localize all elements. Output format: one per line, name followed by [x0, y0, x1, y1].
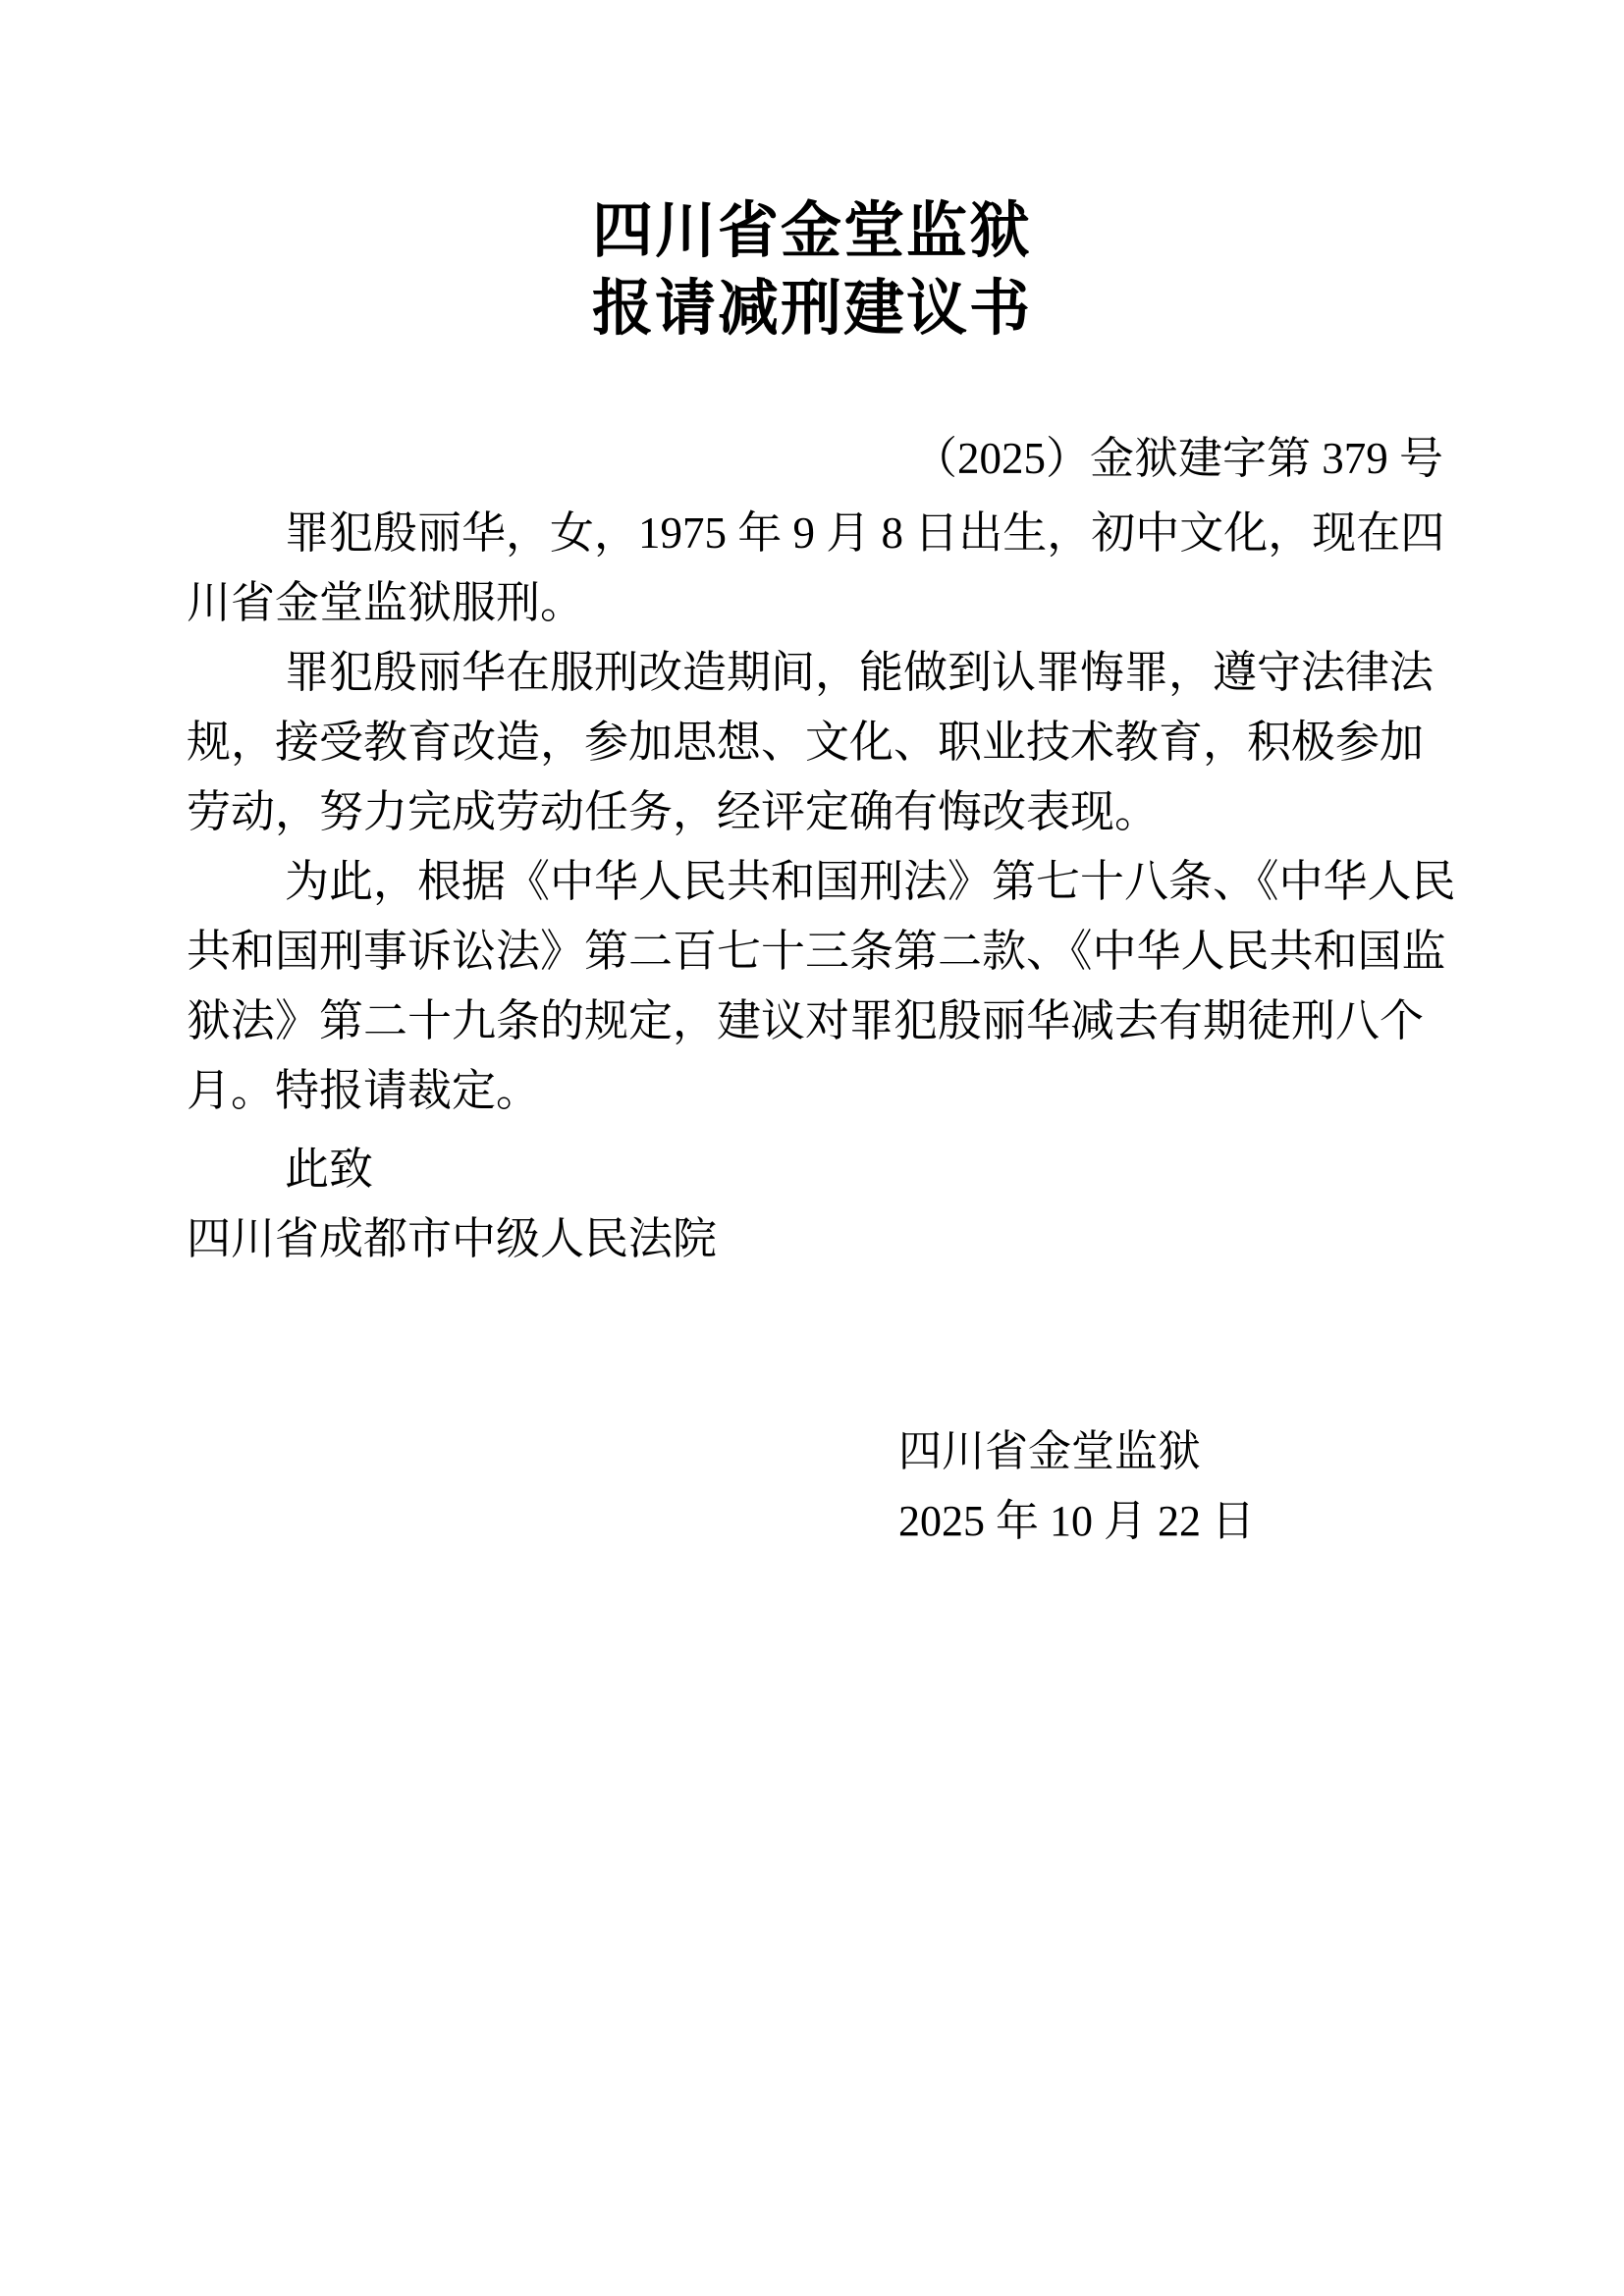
body-line: 川省金堂监狱服刑。 [187, 568, 1453, 638]
body-line: 月。特报请裁定。 [187, 1056, 1453, 1126]
body-line: 为此，根据《中华人民共和国刑法》第七十八条、《中华人民 [187, 847, 1453, 917]
body-line: 劳动，努力完成劳动任务，经评定确有悔改表现。 [187, 777, 1453, 847]
title-line-1: 四川省金堂监狱 [184, 192, 1440, 270]
body-line: 罪犯殷丽华，女，1975 年 9 月 8 日出生，初中文化，现在四 [187, 499, 1453, 568]
closing-block: 此致 四川省成都市中级人民法院 [187, 1135, 1453, 1274]
signature-org: 四川省金堂监狱 [898, 1416, 1255, 1486]
title-line-2: 报请减刑建议书 [184, 270, 1440, 347]
body-line: 罪犯殷丽华在服刑改造期间，能做到认罪悔罪，遵守法律法 [187, 638, 1453, 708]
document-title: 四川省金堂监狱 报请减刑建议书 [184, 192, 1440, 347]
document-body: 罪犯殷丽华，女，1975 年 9 月 8 日出生，初中文化，现在四 川省金堂监狱… [187, 499, 1453, 1126]
document-page: 四川省金堂监狱 报请减刑建议书 （2025）金狱建字第 379 号 罪犯殷丽华，… [0, 0, 1624, 2296]
body-line: 狱法》第二十九条的规定，建议对罪犯殷丽华减去有期徒刑八个 [187, 987, 1453, 1056]
signature-block: 四川省金堂监狱 2025 年 10 月 22 日 [898, 1416, 1255, 1556]
body-line: 共和国刑事诉讼法》第二百七十三条第二款、《中华人民共和国监 [187, 917, 1453, 987]
signature-date: 2025 年 10 月 22 日 [898, 1486, 1255, 1556]
document-number: （2025）金狱建字第 379 号 [913, 429, 1443, 488]
salutation: 此致 [187, 1135, 1453, 1204]
body-line: 规，接受教育改造，参加思想、文化、职业技术教育，积极参加 [187, 708, 1453, 777]
recipient-court: 四川省成都市中级人民法院 [187, 1204, 1453, 1274]
